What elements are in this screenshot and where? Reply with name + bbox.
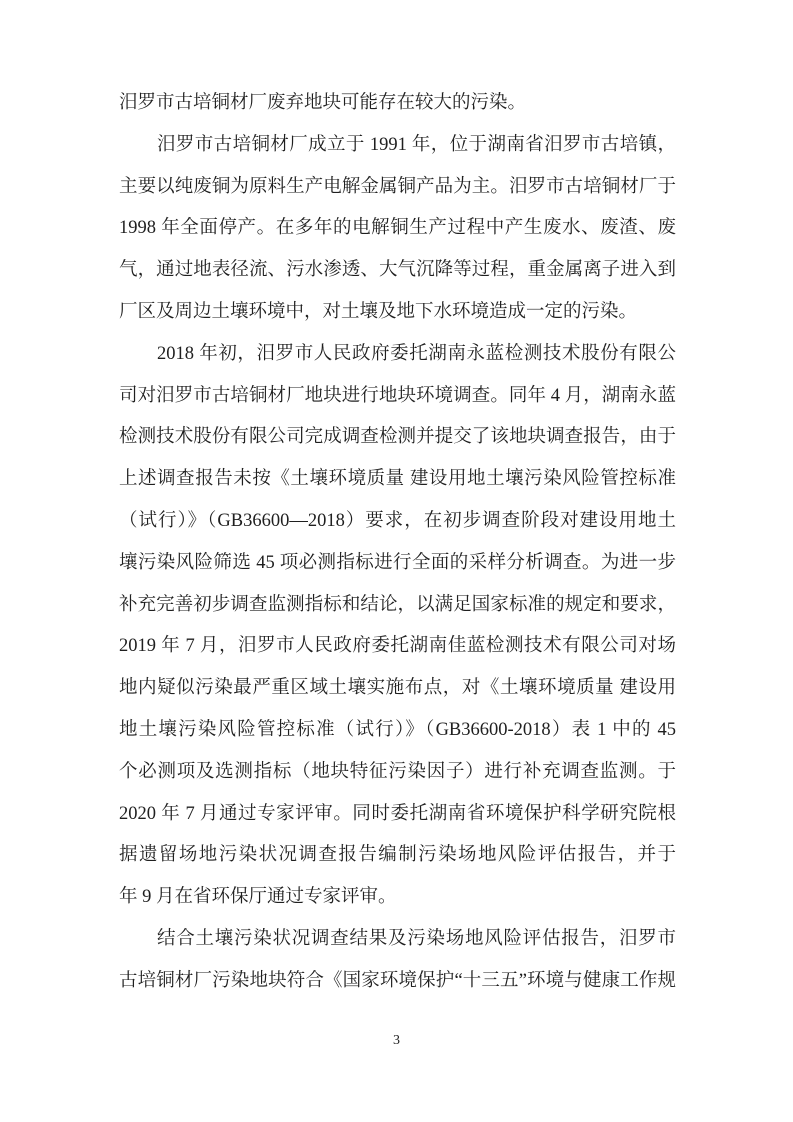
- text-line: 厂区及周边土壤环境中，对土壤及地下水环境造成一定的污染。: [119, 292, 676, 334]
- document-page: 汨罗市古培铜材厂废弃地块可能存在较大的污染。汨罗市古培铜材厂成立于 1991 年…: [0, 0, 793, 1122]
- text-line: 壤污染风险筛选 45 项必测指标进行全面的采样分析调查。为进一步: [119, 543, 676, 585]
- text-line: 补充完善初步调查监测指标和结论，以满足国家标准的规定和要求，: [119, 585, 676, 627]
- text-line: 据遗留场地污染状况调查报告编制污染场地风险评估报告，并于 2020: [119, 835, 676, 877]
- text-line: 检测技术股份有限公司完成调查检测并提交了该地块调查报告，由于: [119, 417, 676, 459]
- text-line: 汨罗市古培铜材厂废弃地块可能存在较大的污染。: [119, 83, 676, 125]
- text-line: 古培铜材厂污染地块符合《国家环境保护“十三五”环境与健康工作规: [119, 961, 676, 1003]
- text-line: 个必测项及选测指标（地块特征污染因子）进行补充调查监测。于: [119, 752, 676, 794]
- text-line: 结合土壤污染状况调查结果及污染场地风险评估报告，汨罗市: [119, 919, 676, 961]
- text-line: 主要以纯废铜为原料生产电解金属铜产品为主。汨罗市古培铜材厂于: [119, 167, 676, 209]
- text-line: 地土壤污染风险管控标准（试行）》（GB36600-2018）表 1 中的 45: [119, 710, 676, 752]
- text-line: 汨罗市古培铜材厂成立于 1991 年，位于湖南省汨罗市古培镇，: [119, 125, 676, 167]
- text-line: （试行）》（GB36600—2018）要求，在初步调查阶段对建设用地土: [119, 501, 676, 543]
- text-line: 2019 年 7 月，汨罗市人民政府委托湖南佳蓝检测技术有限公司对场: [119, 626, 676, 668]
- text-line: 地内疑似污染最严重区域土壤实施布点，对《土壤环境质量 建设用: [119, 668, 676, 710]
- page-body-text: 汨罗市古培铜材厂废弃地块可能存在较大的污染。汨罗市古培铜材厂成立于 1991 年…: [119, 83, 676, 1003]
- text-line: 1998 年全面停产。在多年的电解铜生产过程中产生废水、废渣、废: [119, 208, 676, 250]
- text-line: 气，通过地表径流、污水渗透、大气沉降等过程，重金属离子进入到: [119, 250, 676, 292]
- text-line: 2020 年 7 月通过专家评审。同时委托湖南省环境保护科学研究院根: [119, 794, 676, 836]
- text-line: 司对汨罗市古培铜材厂地块进行地块环境调查。同年 4 月，湖南永蓝: [119, 376, 676, 418]
- text-line: 上述调查报告未按《土壤环境质量 建设用地土壤污染风险管控标准: [119, 459, 676, 501]
- text-line: 年 9 月在省环保厅通过专家评审。: [119, 877, 676, 919]
- page-number: 3: [0, 1031, 793, 1051]
- text-line: 2018 年初，汨罗市人民政府委托湖南永蓝检测技术股份有限公: [119, 334, 676, 376]
